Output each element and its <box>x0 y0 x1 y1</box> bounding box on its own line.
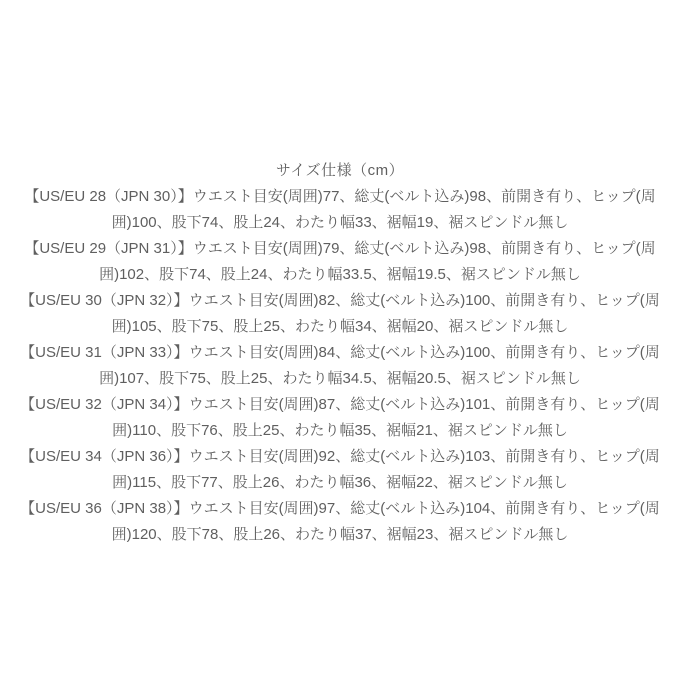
size-spec-entry-30: 【US/EU 30（JPN 32）】ウエスト目安(周囲)82、総丈(ベルト込み)… <box>6 288 674 340</box>
size-specs: ウエスト目安(周囲)87、総丈(ベルト込み)101、前開き有り、ヒップ(周囲)1… <box>112 396 660 439</box>
size-spec-entry-31: 【US/EU 31（JPN 33）】ウエスト目安(周囲)84、総丈(ベルト込み)… <box>6 340 674 392</box>
size-label: 【US/EU 29（JPN 31）】 <box>24 240 192 257</box>
size-spec-title: サイズ仕様（cm） <box>6 158 674 184</box>
size-label: 【US/EU 34（JPN 36）】 <box>20 448 188 465</box>
size-spec-entry-28: 【US/EU 28（JPN 30）】ウエスト目安(周囲)77、総丈(ベルト込み)… <box>6 184 674 236</box>
size-spec-entry-34: 【US/EU 34（JPN 36）】ウエスト目安(周囲)92、総丈(ベルト込み)… <box>6 444 674 496</box>
size-specs: ウエスト目安(周囲)92、総丈(ベルト込み)103、前開き有り、ヒップ(周囲)1… <box>112 448 660 491</box>
size-specs: ウエスト目安(周囲)82、総丈(ベルト込み)100、前開き有り、ヒップ(周囲)1… <box>112 292 660 335</box>
size-label: 【US/EU 31（JPN 33）】 <box>20 344 188 361</box>
size-label: 【US/EU 32（JPN 34）】 <box>20 396 188 413</box>
size-specs: ウエスト目安(周囲)97、総丈(ベルト込み)104、前開き有り、ヒップ(周囲)1… <box>112 500 660 543</box>
size-spec-sheet: サイズ仕様（cm） 【US/EU 28（JPN 30）】ウエスト目安(周囲)77… <box>0 0 680 680</box>
size-label: 【US/EU 30（JPN 32）】 <box>20 292 188 309</box>
size-spec-entry-36: 【US/EU 36（JPN 38）】ウエスト目安(周囲)97、総丈(ベルト込み)… <box>6 496 674 548</box>
size-spec-entry-29: 【US/EU 29（JPN 31）】ウエスト目安(周囲)79、総丈(ベルト込み)… <box>6 236 674 288</box>
size-spec-entry-32: 【US/EU 32（JPN 34）】ウエスト目安(周囲)87、総丈(ベルト込み)… <box>6 392 674 444</box>
size-specs: ウエスト目安(周囲)77、総丈(ベルト込み)98、前開き有り、ヒップ(周囲)10… <box>112 188 656 231</box>
size-label: 【US/EU 28（JPN 30）】 <box>24 188 192 205</box>
size-label: 【US/EU 36（JPN 38）】 <box>20 500 188 517</box>
